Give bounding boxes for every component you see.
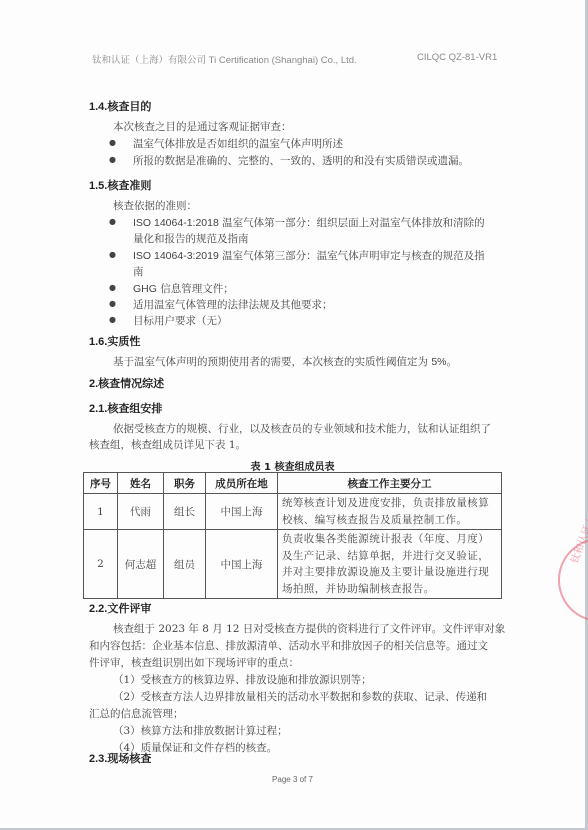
document-page: 钛和认证（上海）有限公司 Ti Certification (Shanghai)… <box>0 0 585 828</box>
section-1-6-title: 1.6.实质性 <box>89 333 140 349</box>
col-header-location: 成员所在地 <box>206 473 278 494</box>
header-company: 钛和认证（上海）有限公司 Ti Certification (Shanghai)… <box>92 52 357 66</box>
page-number: Page 3 of 7 <box>0 775 585 784</box>
section-1-5-bullet-cont: 量化和报告的规范及指南 <box>133 231 249 246</box>
bullet-icon: ● <box>109 297 116 311</box>
section-2-2-item: （2）受核查方法人边界排放量相关的活动水平数据和参数的获取、记录、传递和 <box>113 689 487 704</box>
section-2-2-item-cont: 汇总的信息流管理； <box>89 706 184 721</box>
section-2-1-para: 依据受核查方的规模、行业，以及核查员的专业领域和技术能力，钛和认证组织了 <box>113 421 491 436</box>
section-2-2-title: 2.2.文件评审 <box>89 600 151 616</box>
bullet-icon: ● <box>109 281 116 295</box>
header-doc-code: CILQC QZ-81-VR1 <box>417 52 497 63</box>
col-header-no: 序号 <box>84 473 118 494</box>
cell-name: 代雨 <box>118 494 164 530</box>
section-2-2-item: （1）受核查方的核算边界、排放设施和排放源识别等； <box>113 672 372 687</box>
cell-role: 组员 <box>164 530 206 599</box>
section-1-5-title: 1.5.核查准则 <box>89 177 151 193</box>
cell-duties: 统筹核查计划及进度安排，负责排放量核算校核、编写核查报告及质量控制工作。 <box>278 494 502 530</box>
section-1-5-bullet: ● 目标用户要求（无） <box>133 313 228 328</box>
section-1-6-text: 基于温室气体声明的预期使用者的需要，本次核查的实质性阈值定为 5%。 <box>113 354 457 369</box>
cell-duties: 负责收集各类能源统计报表（年度、月度）及生产记录、结算单据，并进行交叉验证，并对… <box>278 530 502 599</box>
section-1-4-intro: 本次核查之目的是通过客观证据审查： <box>113 119 292 134</box>
section-1-5-bullet: ● GHG 信息管理文件； <box>133 281 234 296</box>
section-2-1-title: 2.1.核查组安排 <box>89 400 162 416</box>
table-header-row: 序号 姓名 职务 成员所在地 核查工作主要分工 <box>84 473 502 494</box>
col-header-duties: 核查工作主要分工 <box>278 473 502 494</box>
cell-no: 2 <box>84 530 118 599</box>
section-1-5-bullet: ● ISO 14064-1:2018 温室气体第一部分：组织层面上对温室气体排放… <box>133 215 485 230</box>
bullet-icon: ● <box>109 136 116 150</box>
cell-location: 中国上海 <box>206 530 278 599</box>
col-header-role: 职务 <box>164 473 206 494</box>
section-1-5-intro: 核查依据的准则： <box>113 198 197 213</box>
table-row: 1 代雨 组长 中国上海 统筹核查计划及进度安排，负责排放量核算校核、编写核查报… <box>84 494 502 530</box>
team-members-table: 序号 姓名 职务 成员所在地 核查工作主要分工 1 代雨 组长 中国上海 统筹核… <box>83 472 502 599</box>
bullet-icon: ● <box>109 313 116 327</box>
section-2-1-para: 核查组，核查组成员详见下表 1。 <box>89 437 246 452</box>
section-2-2-item: （3）核算方法和排放数据计算过程； <box>113 723 288 738</box>
materiality-threshold: 5% <box>431 356 446 368</box>
table-caption: 表 1 核查组成员表 <box>0 458 585 473</box>
bullet-icon: ● <box>109 248 116 262</box>
section-1-5-bullet-cont: 南 <box>133 264 144 279</box>
section-1-5-bullet: ● 适用温室气体管理的法律法规及其他要求； <box>133 297 333 312</box>
section-2-3-title: 2.3.现场核查 <box>89 750 151 766</box>
cell-name: 何志超 <box>118 530 164 599</box>
section-2-2-para: 和内容包括：企业基本信息、排放源清单、活动水平和排放因子的相关信息等。通过文 <box>89 638 488 653</box>
section-2-2-para: 核查组于 2023 年 8 月 12 日对受核查方提供的资料进行了文件评审。文件… <box>113 621 505 636</box>
cell-role: 组长 <box>164 494 206 530</box>
cell-no: 1 <box>84 494 118 530</box>
table-row: 2 何志超 组员 中国上海 负责收集各类能源统计报表（年度、月度）及生产记录、结… <box>84 530 502 599</box>
section-1-4-title: 1.4.核查目的 <box>89 98 151 114</box>
bullet-icon: ● <box>109 215 116 229</box>
section-2-title: 2.核查情况综述 <box>89 375 164 391</box>
bullet-icon: ● <box>109 153 116 167</box>
cell-location: 中国上海 <box>206 494 278 530</box>
section-1-4-bullet: ● 温室气体排放是否如组织的温室气体声明所述 <box>133 136 343 151</box>
section-2-2-para: 件评审，核查组识别出如下现场评审的重点： <box>89 655 299 670</box>
col-header-name: 姓名 <box>118 473 164 494</box>
section-1-5-bullet: ● ISO 14064-3:2019 温室气体第三部分：温室气体声明审定与核查的… <box>133 248 485 263</box>
section-1-4-bullet: ● 所报的数据是准确的、完整的、一致的、透明的和没有实质错误或遗漏。 <box>133 153 469 168</box>
